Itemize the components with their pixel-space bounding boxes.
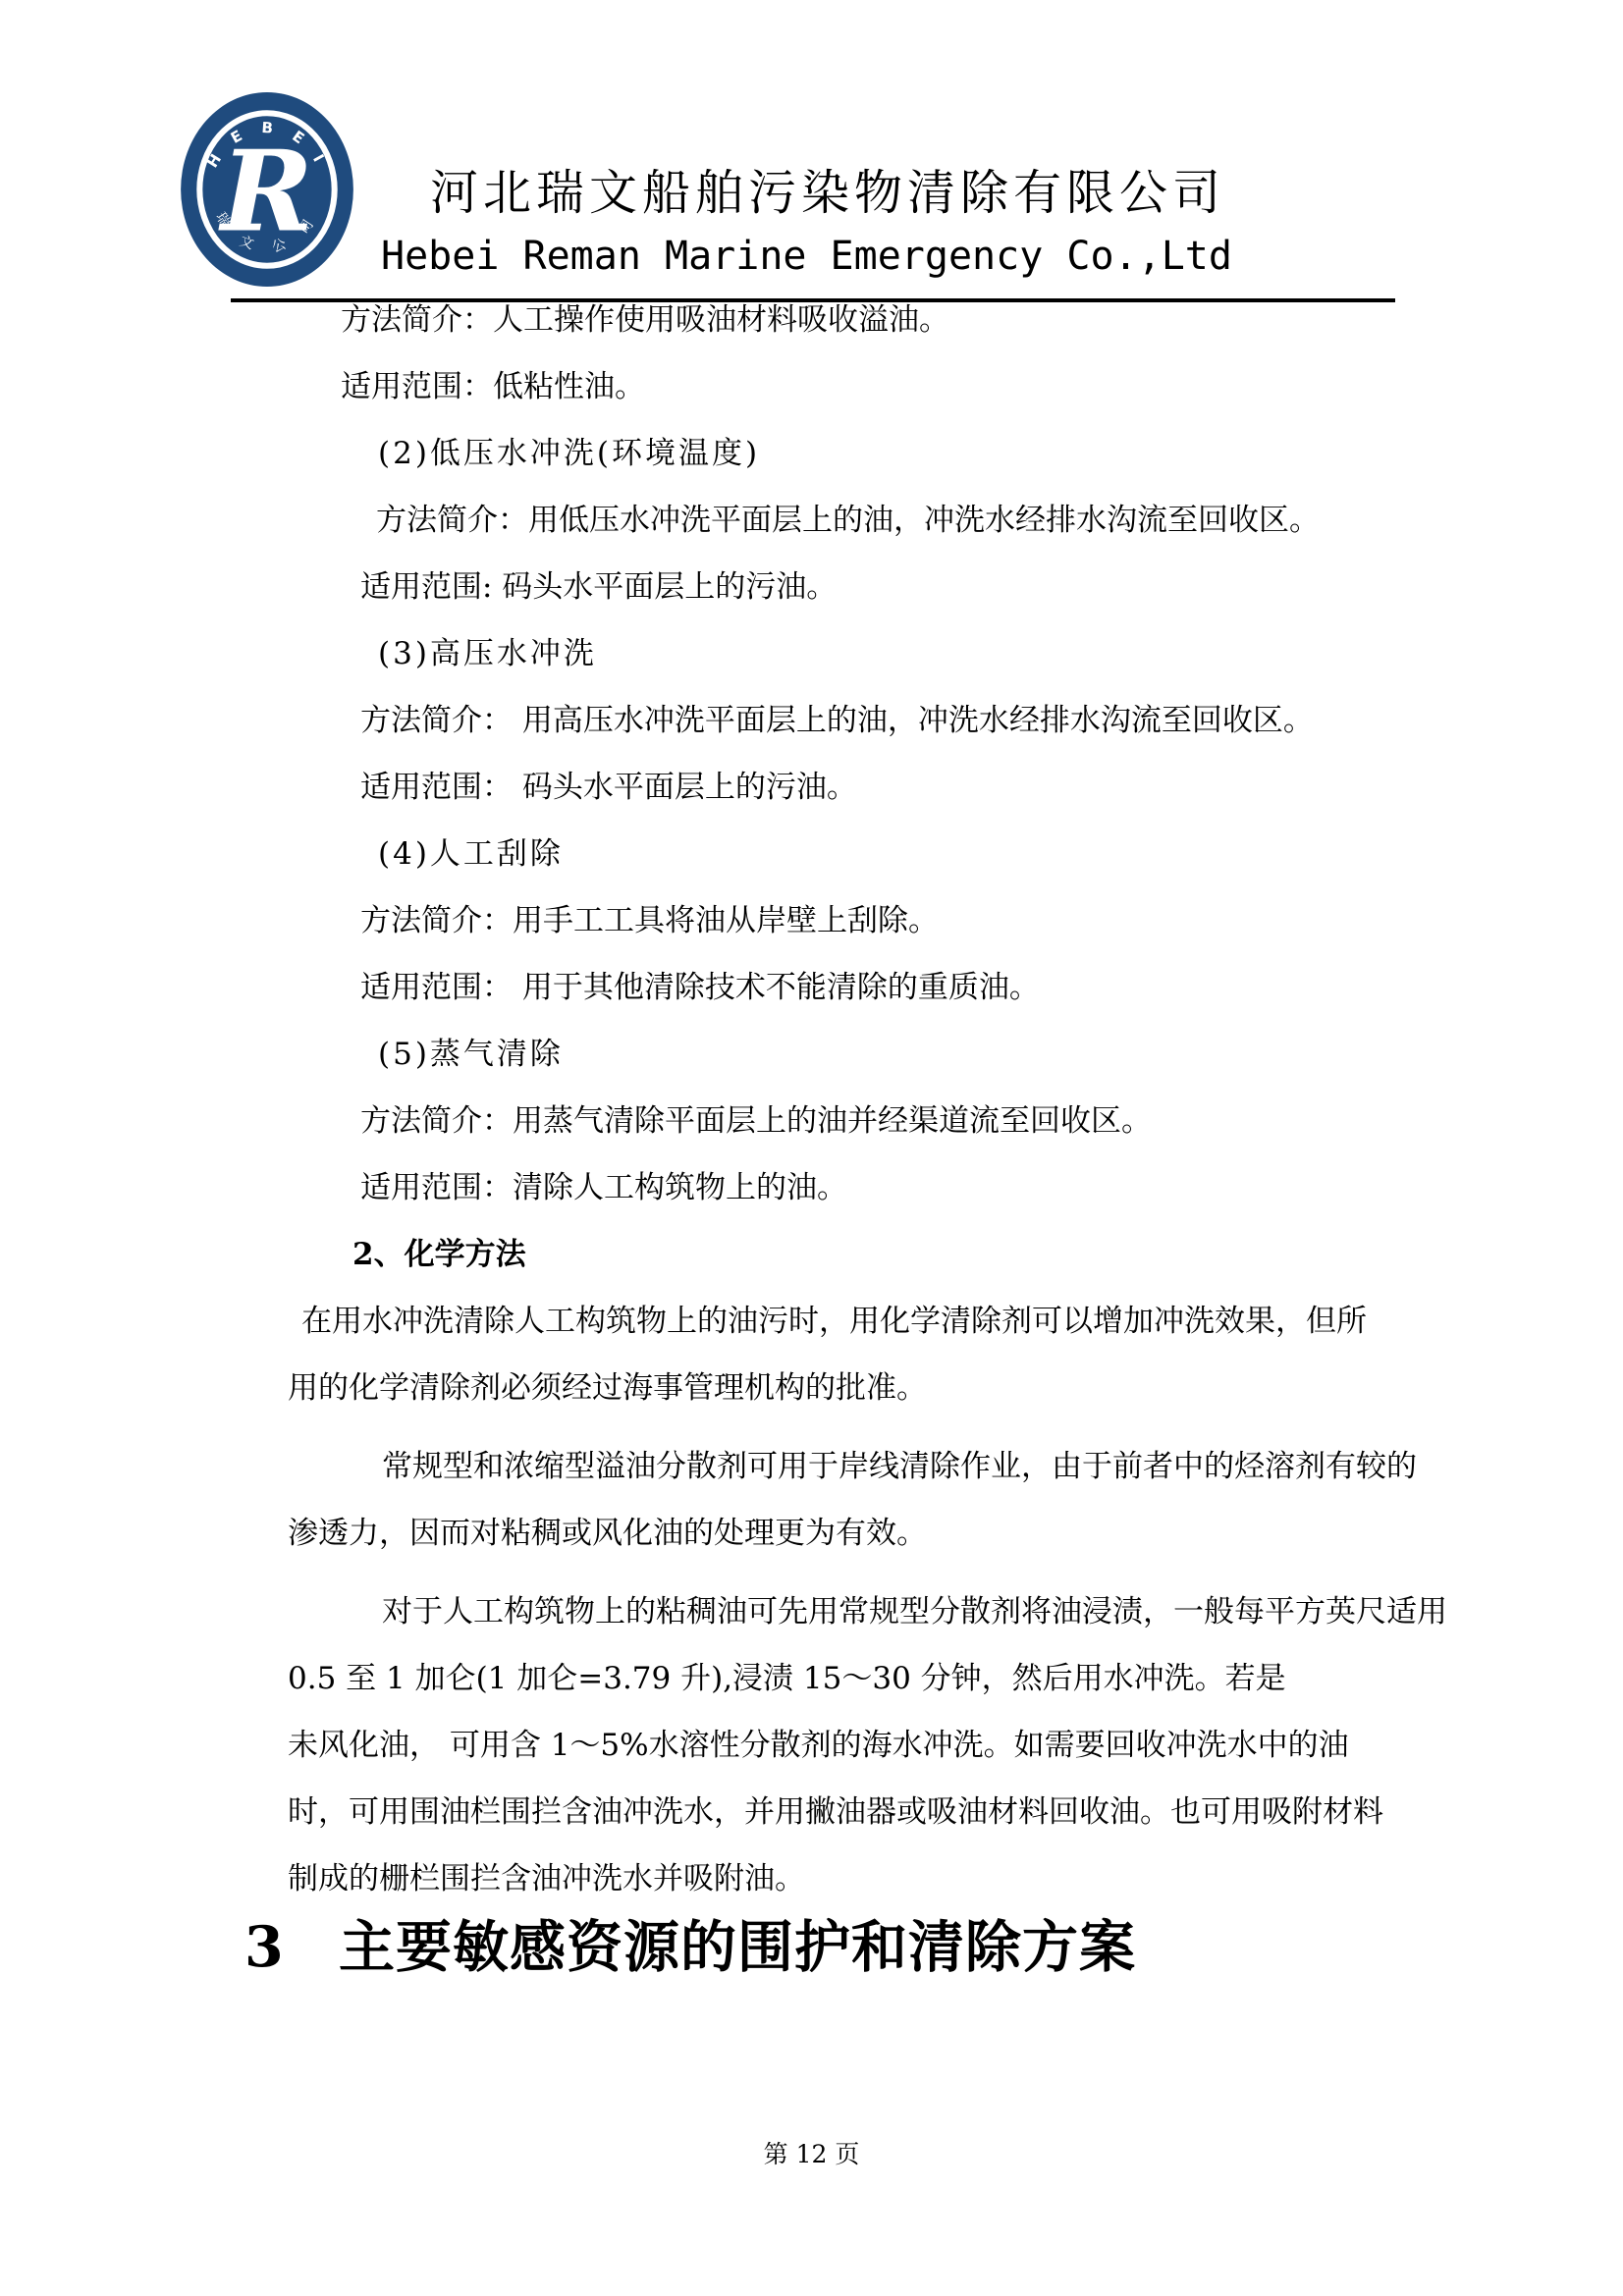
body-line: (3)高压水冲洗 xyxy=(378,620,1387,687)
company-name-en: Hebei Reman Marine Emergency Co.,Ltd xyxy=(381,234,1232,279)
logo-monogram: R xyxy=(218,126,313,256)
body-line: 常规型和浓缩型溢油分散剂可用于岸线清除作业，由于前者中的烃溶剂有较的 xyxy=(382,1433,1387,1500)
page-number-label: 第 12 页 xyxy=(764,2140,860,2168)
section-number: 3 xyxy=(244,1916,339,1979)
document-page: H E B E I 瑞 文 公 司 R 河北瑞文船舶污染物清除有限公司 Hebe… xyxy=(0,0,1623,2296)
body-line: 对于人工构筑物上的粘稠油可先用常规型分散剂将油浸渍，一般每平方英尺适用 xyxy=(382,1578,1387,1645)
body-line: 方法简介：用低压水冲洗平面层上的油，冲洗水经排水沟流至回收区。 xyxy=(376,487,1387,554)
body-line: 0.5 至 1 加仑(1 加仑=3.79 升),浸渍 15～30 分钟，然后用水… xyxy=(288,1645,1387,1712)
page-footer: 第 12 页 xyxy=(0,2135,1623,2170)
body-line: 方法简介：人工操作使用吸油材料吸收溢油。 xyxy=(341,287,1387,353)
document-body: 方法简介：人工操作使用吸油材料吸收溢油。适用范围：低粘性油。(2)低压水冲洗(环… xyxy=(288,287,1387,1979)
body-line: (4)人工刮除 xyxy=(378,821,1387,887)
section-title: 主要敏感资源的围护和清除方案 xyxy=(339,1914,1136,1980)
body-line: 方法简介：用手工工具将油从岸壁上刮除。 xyxy=(360,887,1387,954)
section-heading: 3主要敏感资源的围护和清除方案 xyxy=(244,1916,1387,1979)
body-line: 方法简介： 用高压水冲洗平面层上的油，冲洗水经排水沟流至回收区。 xyxy=(360,687,1387,754)
body-line: 2、化学方法 xyxy=(352,1221,1387,1288)
company-logo: H E B E I 瑞 文 公 司 R xyxy=(180,91,354,288)
body-line: 未风化油， 可用含 1～5%水溶性分散剂的海水冲洗。如需要回收冲洗水中的油 xyxy=(288,1712,1387,1779)
body-line: 适用范围： 用于其他清除技术不能清除的重质油。 xyxy=(360,954,1387,1021)
body-line: 用的化学清除剂必须经过海事管理机构的批准。 xyxy=(288,1355,1387,1421)
body-line: (2)低压水冲洗(环境温度) xyxy=(378,420,1387,487)
body-line: (5)蒸气清除 xyxy=(378,1021,1387,1088)
body-line: 适用范围: 码头水平面层上的污油。 xyxy=(360,554,1387,620)
body-line: 适用范围：清除人工构筑物上的油。 xyxy=(360,1154,1387,1221)
body-line: 适用范围： 码头水平面层上的污油。 xyxy=(360,754,1387,821)
body-lines: 方法简介：人工操作使用吸油材料吸收溢油。适用范围：低粘性油。(2)低压水冲洗(环… xyxy=(288,287,1387,1912)
body-line: 渗透力，因而对粘稠或风化油的处理更为有效。 xyxy=(288,1500,1387,1567)
body-line: 在用水冲洗清除人工构筑物上的油污时，用化学清除剂可以增加冲洗效果，但所 xyxy=(301,1288,1387,1355)
body-line: 方法简介：用蒸气清除平面层上的油并经渠道流至回收区。 xyxy=(360,1088,1387,1154)
body-line: 适用范围：低粘性油。 xyxy=(341,353,1387,420)
body-line: 时，可用围油栏围拦含油冲洗水，并用撇油器或吸油材料回收油。也可用吸附材料 xyxy=(288,1779,1387,1845)
body-line: 制成的栅栏围拦含油冲洗水并吸附油。 xyxy=(288,1845,1387,1912)
company-name-cn: 河北瑞文船舶污染物清除有限公司 xyxy=(430,155,1225,224)
